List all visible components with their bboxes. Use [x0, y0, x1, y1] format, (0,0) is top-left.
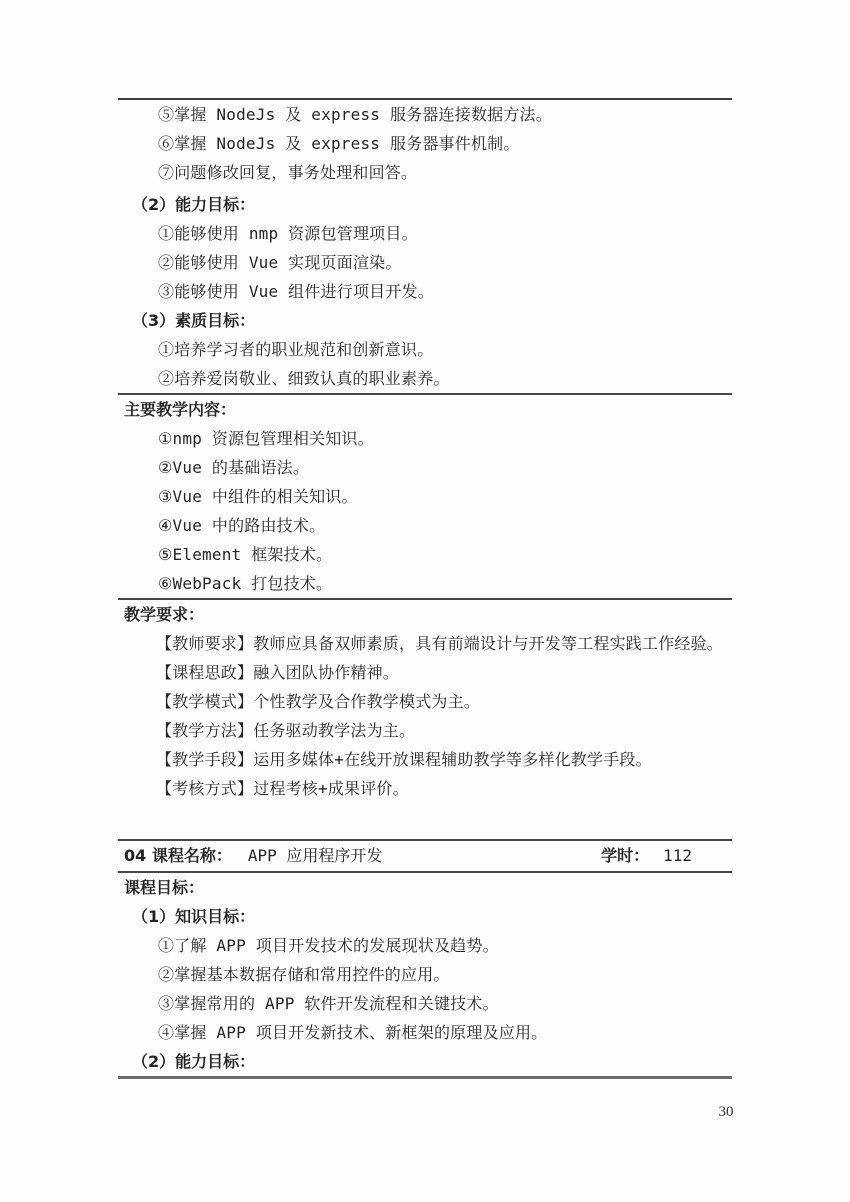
- list-item: ④Vue 中的路由技术。: [118, 511, 732, 540]
- list-item: ①能够使用 nmp 资源包管理项目。: [118, 219, 732, 248]
- list-item: 【考核方式】过程考核+成果评价。: [118, 774, 732, 803]
- list-item: ⑦问题修改回复，事务处理和回答。: [118, 158, 732, 187]
- list-item: ②Vue 的基础语法。: [118, 453, 732, 482]
- list-item: ②能够使用 Vue 实现页面渲染。: [118, 248, 732, 277]
- list-item: ①了解 APP 项目开发技术的发展现状及趋势。: [118, 931, 732, 960]
- knowledge-goals-heading: （1）知识目标：: [118, 902, 732, 931]
- course-hours: 学时： 112: [601, 841, 692, 871]
- list-item: ③Vue 中组件的相关知识。: [118, 482, 732, 511]
- course-name: APP 应用程序开发: [248, 841, 383, 871]
- quality-goals-heading: （3）素质目标：: [118, 306, 732, 335]
- list-item: 【教学手段】运用多媒体+在线开放课程辅助教学等多样化教学手段。: [118, 745, 732, 774]
- knowledge-goals-continued: ⑤掌握 NodeJs 及 express 服务器连接数据方法。 ⑥掌握 Node…: [118, 100, 732, 187]
- document-page: ⑤掌握 NodeJs 及 express 服务器连接数据方法。 ⑥掌握 Node…: [0, 0, 850, 1202]
- list-item: ⑥WebPack 打包技术。: [118, 569, 732, 598]
- page-number: 30: [706, 1104, 746, 1121]
- ability-goals-heading-2: （2）能力目标：: [118, 1047, 732, 1076]
- list-item: ①培养学习者的职业规范和创新意识。: [118, 335, 732, 364]
- ability-goals-section: （2）能力目标： ①能够使用 nmp 资源包管理项目。 ②能够使用 Vue 实现…: [118, 190, 732, 306]
- quality-goals-section: （3）素质目标： ①培养学习者的职业规范和创新意识。 ②培养爱岗敬业、细致认真的…: [118, 306, 732, 393]
- list-item: ②培养爱岗敬业、细致认真的职业素养。: [118, 364, 732, 393]
- list-item: 【课程思政】融入团队协作精神。: [118, 658, 732, 687]
- list-item: ③掌握常用的 APP 软件开发流程和关键技术。: [118, 989, 732, 1018]
- list-item: ⑥掌握 NodeJs 及 express 服务器事件机制。: [118, 129, 732, 158]
- course-hours-value: 112: [663, 841, 692, 871]
- course-index-label: 04 课程名称：: [118, 841, 232, 871]
- list-item: ⑤Element 框架技术。: [118, 540, 732, 569]
- list-item: ②掌握基本数据存储和常用控件的应用。: [118, 960, 732, 989]
- course-header-row: 04 课程名称： APP 应用程序开发 学时： 112: [118, 841, 732, 871]
- teaching-requirements-heading: 教学要求：: [118, 600, 732, 629]
- teaching-content-section: 主要教学内容： ①nmp 资源包管理相关知识。 ②Vue 的基础语法。 ③Vue…: [118, 395, 732, 598]
- list-item: ⑤掌握 NodeJs 及 express 服务器连接数据方法。: [118, 100, 732, 129]
- teaching-requirements-section: 教学要求： 【教师要求】教师应具备双师素质，具有前端设计与开发等工程实践工作经验…: [118, 600, 732, 803]
- list-item: 【教学方法】任务驱动教学法为主。: [118, 716, 732, 745]
- list-item: 【教师要求】教师应具备双师素质，具有前端设计与开发等工程实践工作经验。: [118, 629, 732, 658]
- list-item: ③能够使用 Vue 组件进行项目开发。: [118, 277, 732, 306]
- teaching-content-heading: 主要教学内容：: [118, 395, 732, 424]
- section-divider-bottom: [118, 1076, 732, 1079]
- course-hours-label: 学时：: [601, 841, 649, 871]
- document-content: ⑤掌握 NodeJs 及 express 服务器连接数据方法。 ⑥掌握 Node…: [118, 0, 732, 1079]
- ability-goals-heading: （2）能力目标：: [118, 190, 732, 219]
- list-item: ①nmp 资源包管理相关知识。: [118, 424, 732, 453]
- course-goals-heading: 课程目标：: [118, 873, 732, 902]
- list-item: 【教学模式】个性教学及合作教学模式为主。: [118, 687, 732, 716]
- course-goals-section: 课程目标： （1）知识目标： ①了解 APP 项目开发技术的发展现状及趋势。 ②…: [118, 873, 732, 1076]
- list-item: ④掌握 APP 项目开发新技术、新框架的原理及应用。: [118, 1018, 732, 1047]
